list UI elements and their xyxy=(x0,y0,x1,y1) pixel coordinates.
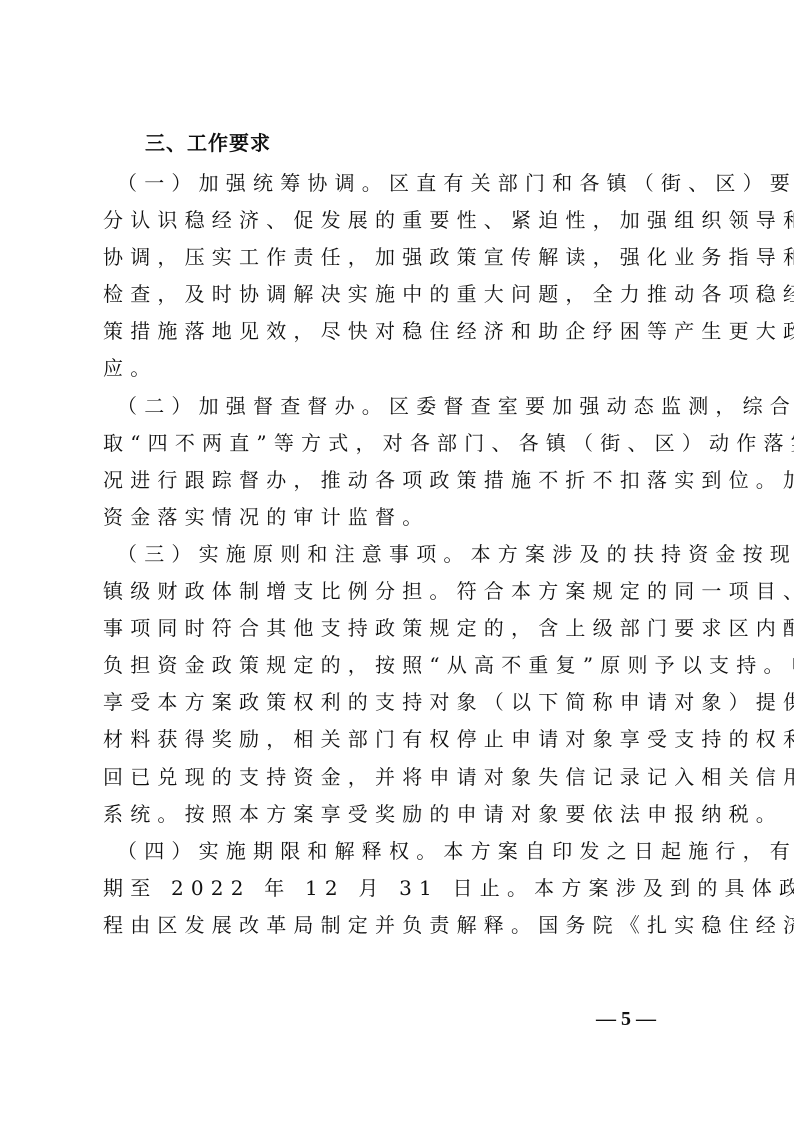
text-line: 享受本方案政策权利的支持对象（以下简称申请对象）提供虚假 xyxy=(103,684,703,721)
body-text: （一）加强统筹协调。区直有关部门和各镇（街、区）要充 分认识稳经济、促发展的重要… xyxy=(103,165,703,944)
text-line: 程由区发展改革局制定并负责解释。国务院《扎实稳住经济的一 xyxy=(103,907,703,944)
page-number: — 5 — xyxy=(596,1008,656,1031)
text-line: 检查，及时协调解决实施中的重大问题，全力推动各项稳经济政 xyxy=(103,276,703,313)
text-line: 协调，压实工作责任，加强政策宣传解读，强化业务指导和督促 xyxy=(103,239,703,276)
text-line: 负担资金政策规定的，按照“从高不重复”原则予以支持。申请 xyxy=(103,647,703,684)
text-line: （四）实施期限和解释权。本方案自印发之日起施行，有效 xyxy=(103,833,703,870)
text-line: 策措施落地见效，尽快对稳住经济和助企纾困等产生更大政策效 xyxy=(103,313,703,350)
text-line: 应。 xyxy=(103,350,703,387)
text-line: 材料获得奖励，相关部门有权停止申请对象享受支持的权利及追 xyxy=(103,721,703,758)
text-line: 系统。按照本方案享受奖励的申请对象要依法申报纳税。 xyxy=(103,796,703,833)
text-line: 事项同时符合其他支持政策规定的，含上级部门要求区内配套或 xyxy=(103,610,703,647)
text-line: （三）实施原则和注意事项。本方案涉及的扶持资金按现行 xyxy=(103,536,703,573)
text-line: 分认识稳经济、促发展的重要性、紧迫性，加强组织领导和统筹 xyxy=(103,202,703,239)
text-line: 期至 2022 年 12 月 31 日止。本方案涉及到的具体政策、操作规 xyxy=(103,870,703,907)
section-heading: 三、工作要求 xyxy=(145,129,271,157)
text-line: 资金落实情况的审计监督。 xyxy=(103,499,703,536)
text-line: 镇级财政体制增支比例分担。符合本方案规定的同一项目、同一 xyxy=(103,573,703,610)
text-line: 况进行跟踪督办，推动各项政策措施不折不扣落实到位。加强对 xyxy=(103,462,703,499)
document-page: 三、工作要求 （一）加强统筹协调。区直有关部门和各镇（街、区）要充 分认识稳经济… xyxy=(0,0,794,1123)
text-line: 回已兑现的支持资金，并将申请对象失信记录记入相关信用管理 xyxy=(103,759,703,796)
text-line: （一）加强统筹协调。区直有关部门和各镇（街、区）要充 xyxy=(103,165,703,202)
text-line: 取“四不两直”等方式，对各部门、各镇（街、区）动作落实情 xyxy=(103,425,703,462)
text-line: （二）加强督查督办。区委督查室要加强动态监测，综合采 xyxy=(103,388,703,425)
